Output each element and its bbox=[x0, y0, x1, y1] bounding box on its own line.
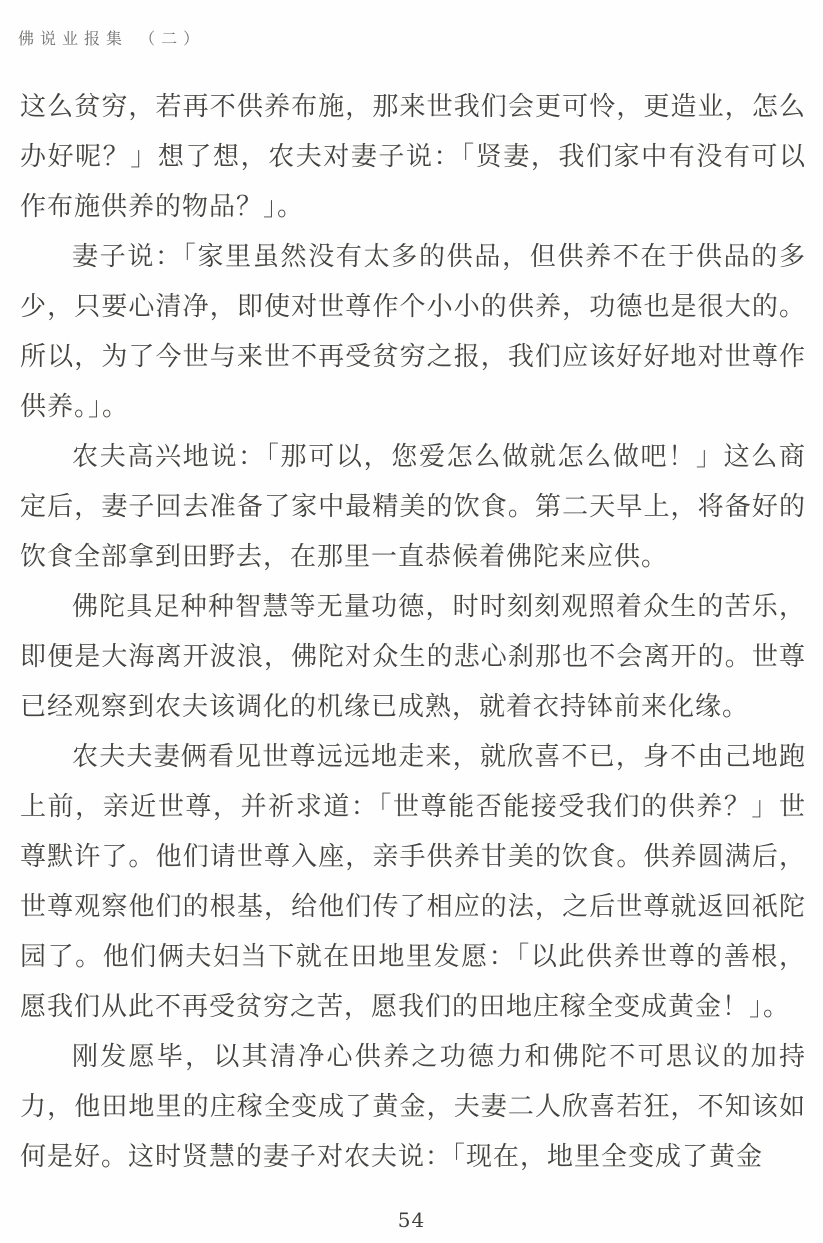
running-header-title: 佛说业报集 （二） bbox=[18, 26, 205, 49]
paragraph: 刚发愿毕，以其清净心供养之功德力和佛陀不可思议的加持力，他田地里的庄稼全变成了黄… bbox=[20, 1032, 806, 1182]
body-text: 这么贫穷，若再不供养布施，那来世我们会更可怜，更造业，怎么办好呢？」想了想，农夫… bbox=[20, 82, 806, 1182]
paragraph: 佛陀具足种种智慧等无量功德，时时刻刻观照着众生的苦乐，即便是大海离开波浪，佛陀对… bbox=[20, 582, 806, 732]
paragraph: 农夫高兴地说：「那可以，您爱怎么做就怎么做吧！」这么商定后，妻子回去准备了家中最… bbox=[20, 432, 806, 582]
page-number: 54 bbox=[0, 1208, 823, 1232]
paragraph: 妻子说：「家里虽然没有太多的供品，但供养不在于供品的多少，只要心清净，即使对世尊… bbox=[20, 232, 806, 432]
paragraph: 这么贫穷，若再不供养布施，那来世我们会更可怜，更造业，怎么办好呢？」想了想，农夫… bbox=[20, 82, 806, 232]
paragraph: 农夫夫妻俩看见世尊远远地走来，就欣喜不已，身不由己地跑上前，亲近世尊，并祈求道：… bbox=[20, 732, 806, 1032]
scanned-book-page: 佛说业报集 （二） 这么贫穷，若再不供养布施，那来世我们会更可怜，更造业，怎么办… bbox=[0, 0, 823, 1243]
